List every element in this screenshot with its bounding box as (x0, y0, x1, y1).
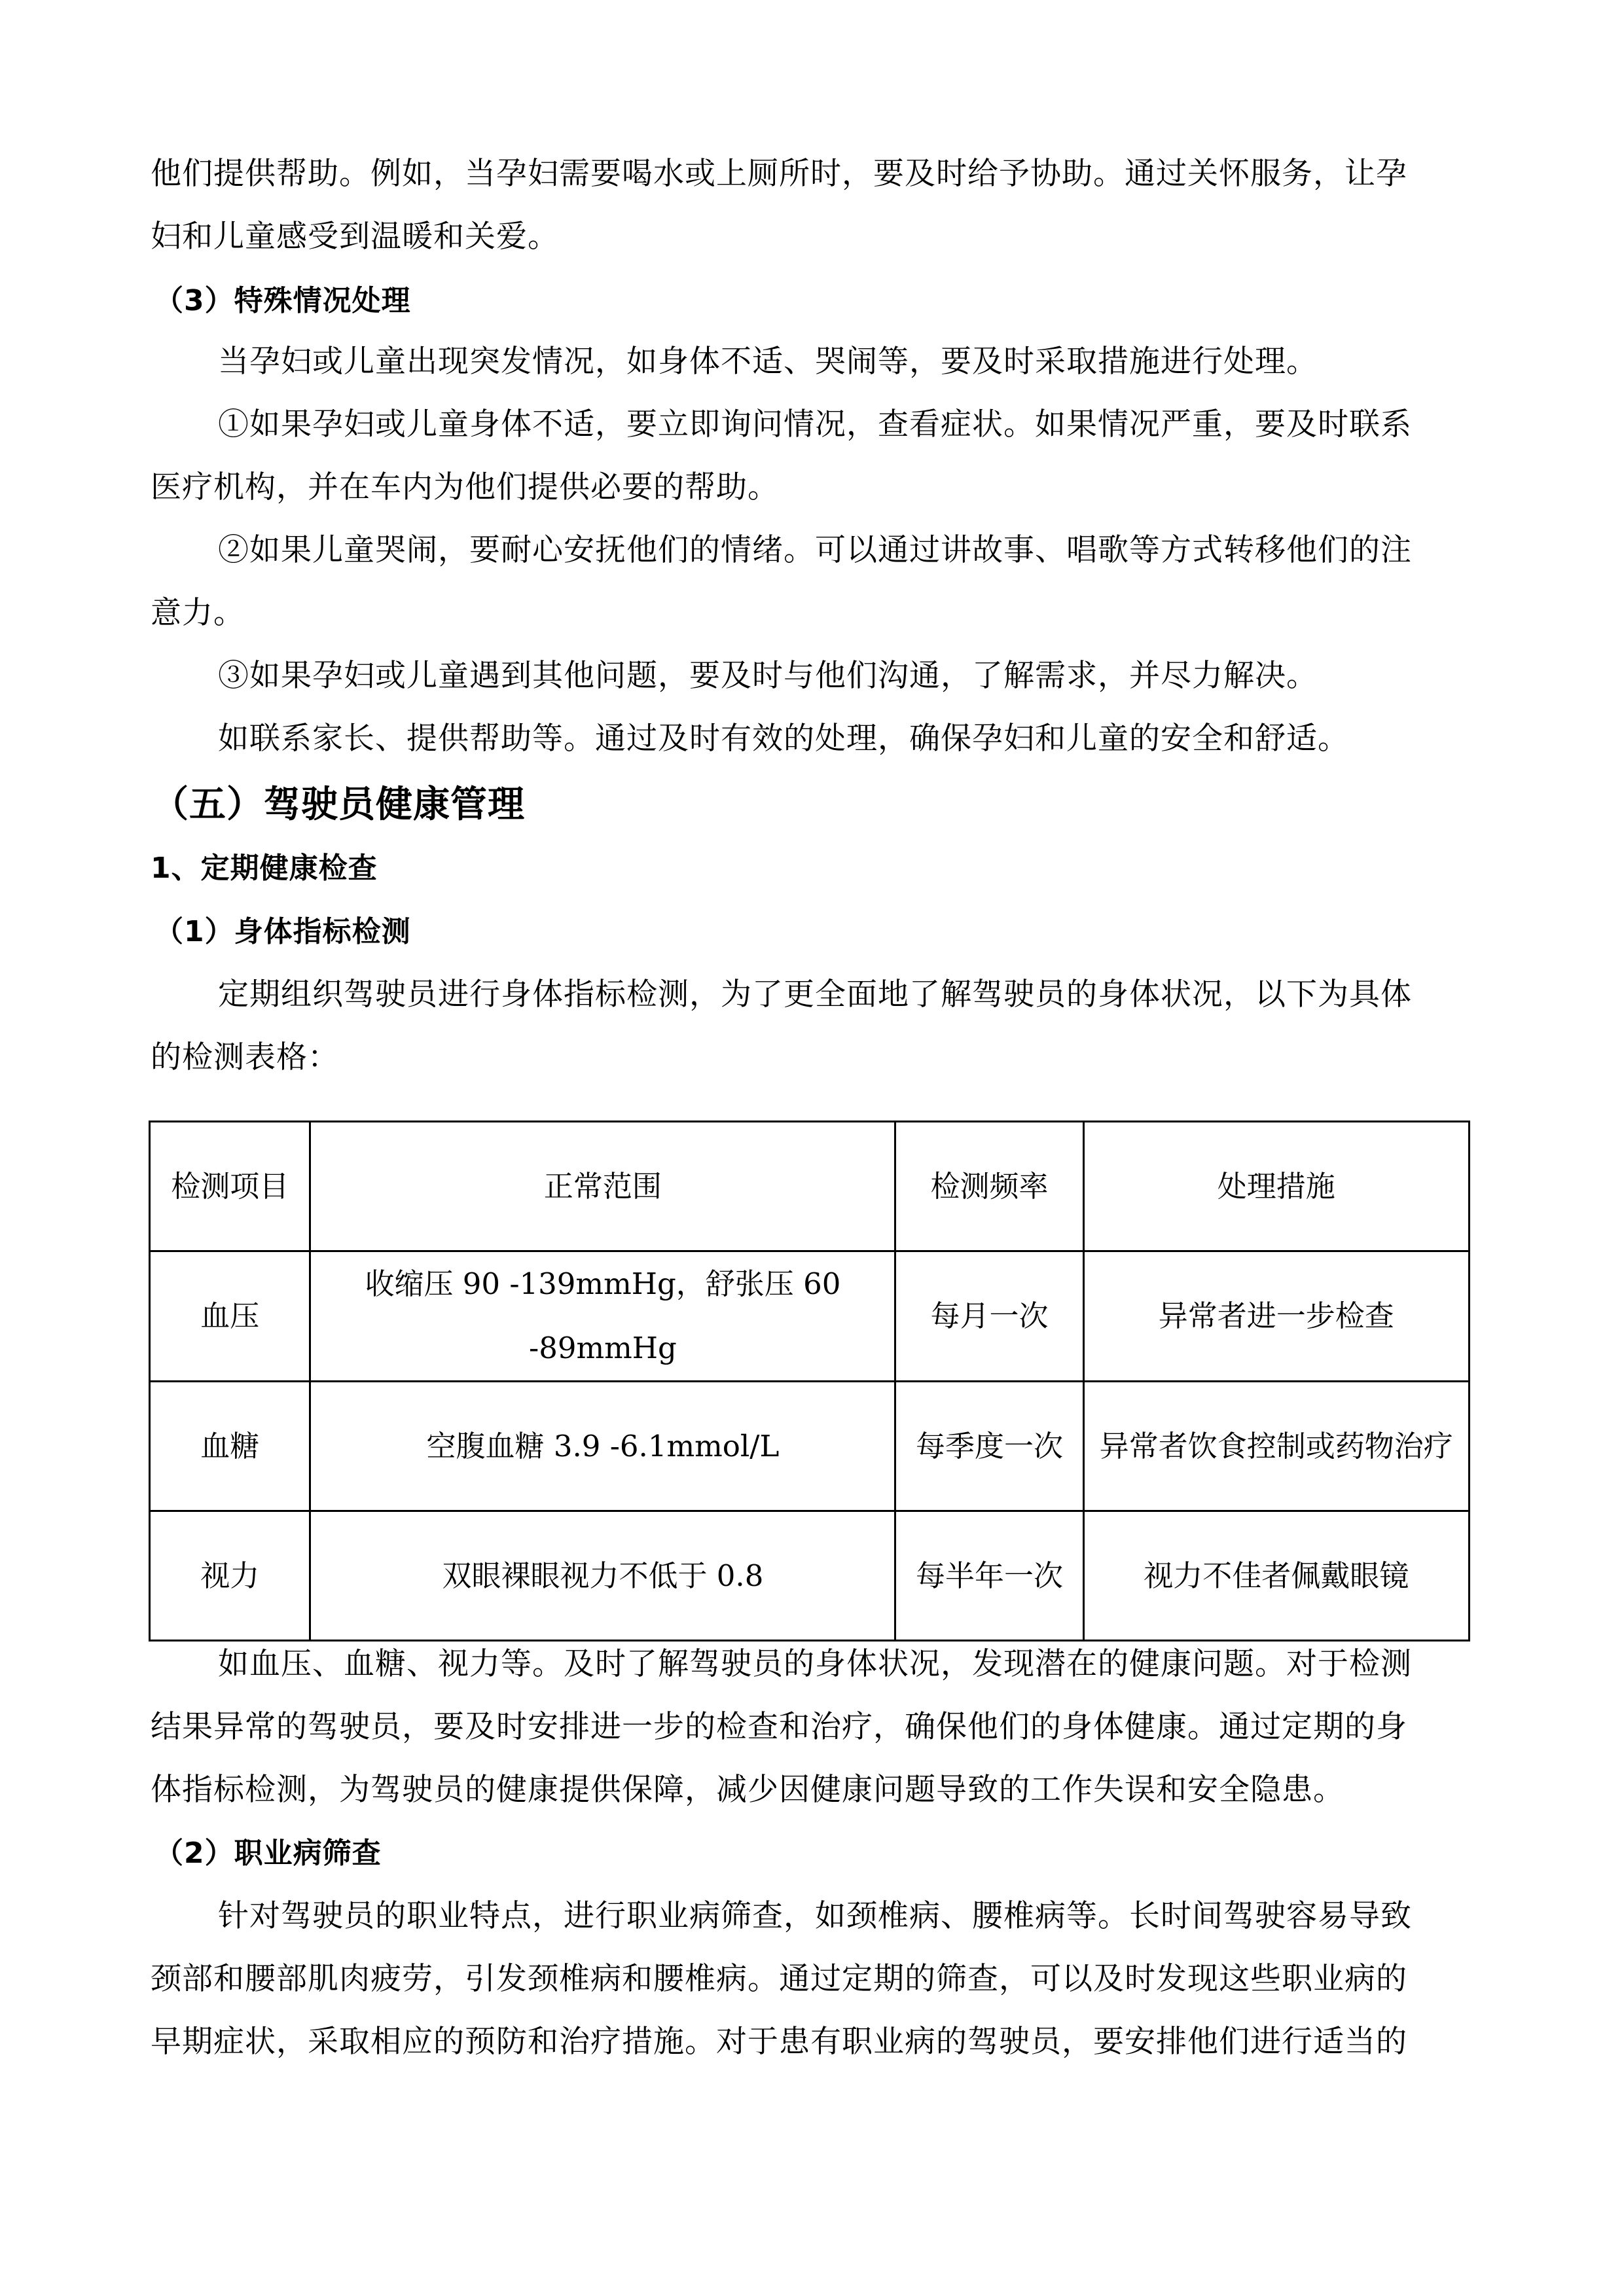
paragraph-line: 体指标检测，为驾驶员的健康提供保障，减少因健康问题导致的工作失误和安全隐患。 (151, 1770, 1473, 1810)
table-row: 视力 双眼裸眼视力不低于 0.8 每半年一次 视力不佳者佩戴眼镜 (150, 1511, 1470, 1641)
list-item-2-cont: 意力。 (151, 594, 1473, 633)
table-header: 处理措施 (1083, 1122, 1470, 1251)
table-cell: 异常者进一步检查 (1083, 1251, 1470, 1382)
table-cell: 视力 (150, 1511, 310, 1641)
list-item-3: ③如果孕妇或儿童遇到其他问题，要及时与他们沟通，了解需求，并尽力解决。 (218, 656, 1540, 696)
subsection-heading-regular-checkup: 1、定期健康检查 (151, 849, 1473, 888)
paragraph-line: 的检测表格： (151, 1038, 1473, 1077)
paragraph-line: 结果异常的驾驶员，要及时安排进一步的检查和治疗，确保他们的身体健康。通过定期的身 (151, 1708, 1473, 1747)
table-header: 检测频率 (895, 1122, 1083, 1251)
table-cell: 每半年一次 (895, 1511, 1083, 1641)
paragraph-line: 妇和儿童感受到温暖和关爱。 (151, 217, 1473, 257)
chapter-heading-driver-health: （五）驾驶员健康管理 (152, 782, 1474, 828)
paragraph-line: 当孕妇或儿童出现突发情况，如身体不适、哭闹等，要及时采取措施进行处理。 (218, 342, 1540, 382)
paragraph-line: 颈部和腰部肌肉疲劳，引发颈椎病和腰椎病。通过定期的筛查，可以及时发现这些职业病的 (151, 1960, 1473, 1999)
document-page: 他们提供帮助。例如，当孕妇需要喝水或上厕所时，要及时给予协助。通过关怀服务，让孕… (0, 0, 1624, 2296)
paragraph-line: 针对驾驶员的职业特点，进行职业病筛查，如颈椎病、腰椎病等。长时间驾驶容易导致 (218, 1897, 1540, 1936)
paragraph-line: 他们提供帮助。例如，当孕妇需要喝水或上厕所时，要及时给予协助。通过关怀服务，让孕 (151, 154, 1473, 194)
table-header: 正常范围 (310, 1122, 895, 1251)
paragraph-line: 定期组织驾驶员进行身体指标检测，为了更全面地了解驾驶员的身体状况，以下为具体 (218, 975, 1540, 1014)
table-cell: 血压 (150, 1251, 310, 1382)
section-heading-special-cases: （3）特殊情况处理 (154, 281, 1477, 321)
table-header: 检测项目 (150, 1122, 310, 1251)
part-heading-occupational-screening: （2）职业病筛查 (154, 1834, 1477, 1873)
table-cell: 每季度一次 (895, 1382, 1083, 1511)
table-cell: 血糖 (150, 1382, 310, 1511)
table-cell: 空腹血糖 3.9 -6.1mmol/L (310, 1382, 895, 1511)
table-row: 血糖 空腹血糖 3.9 -6.1mmol/L 每季度一次 异常者饮食控制或药物治… (150, 1382, 1470, 1511)
table-cell: 每月一次 (895, 1251, 1083, 1382)
table-row: 血压 收缩压 90 -139mmHg，舒张压 60 -89mmHg 每月一次 异… (150, 1251, 1470, 1382)
list-item-1-cont: 医疗机构，并在车内为他们提供必要的帮助。 (151, 468, 1473, 507)
table-header-row: 检测项目 正常范围 检测频率 处理措施 (150, 1122, 1470, 1251)
paragraph-line: 如联系家长、提供帮助等。通过及时有效的处理，确保孕妇和儿童的安全和舒适。 (218, 719, 1540, 759)
table-cell: 收缩压 90 -139mmHg，舒张压 60 -89mmHg (310, 1251, 895, 1382)
paragraph-line: 如血压、血糖、视力等。及时了解驾驶员的身体状况，发现潜在的健康问题。对于检测 (218, 1645, 1540, 1684)
table-cell: 视力不佳者佩戴眼镜 (1083, 1511, 1470, 1641)
paragraph-line: 早期症状，采取相应的预防和治疗措施。对于患有职业病的驾驶员，要安排他们进行适当的 (151, 2022, 1473, 2062)
list-item-1: ①如果孕妇或儿童身体不适，要立即询问情况，查看症状。如果情况严重，要及时联系 (218, 405, 1540, 444)
detection-table: 检测项目 正常范围 检测频率 处理措施 血压 收缩压 90 -139mmHg，舒… (149, 1121, 1470, 1641)
part-heading-body-indicators: （1）身体指标检测 (154, 912, 1477, 952)
list-item-2: ②如果儿童哭闹，要耐心安抚他们的情绪。可以通过讲故事、唱歌等方式转移他们的注 (218, 531, 1540, 570)
table-cell: 双眼裸眼视力不低于 0.8 (310, 1511, 895, 1641)
table-cell: 异常者饮食控制或药物治疗 (1083, 1382, 1470, 1511)
